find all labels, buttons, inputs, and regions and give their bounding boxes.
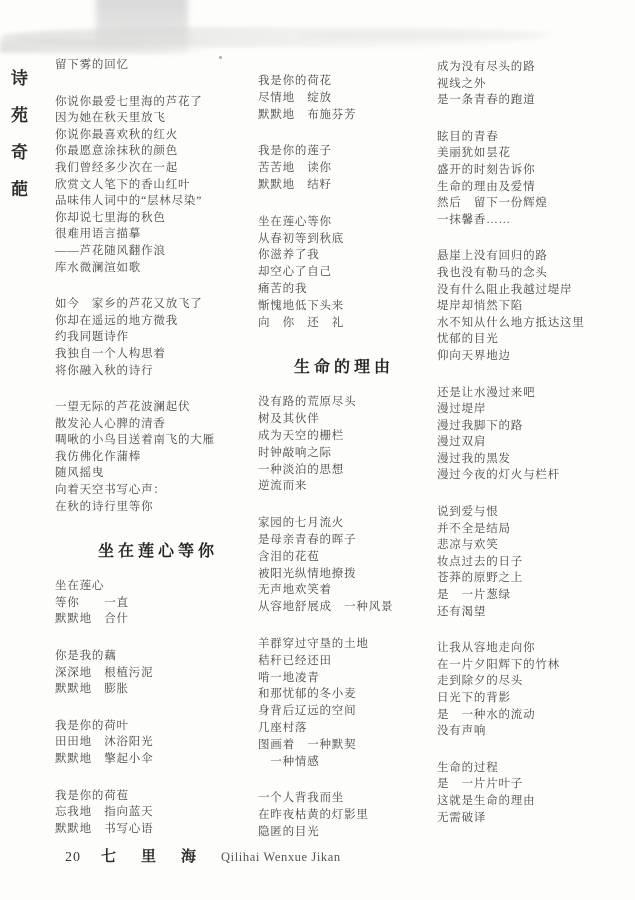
poem-line: 坐在莲心 xyxy=(55,577,261,594)
poem-line: 默默地 结籽 xyxy=(258,176,430,193)
poem-line: 欣赏文人笔下的香山红叶 xyxy=(55,176,261,193)
poem-line: 一抹馨香…… xyxy=(437,211,635,228)
poem-line: 和那忧郁的冬小麦 xyxy=(258,685,430,702)
poem-line: 漫过今夜的灯火与栏杆 xyxy=(437,466,635,483)
poem-line: 在秋的诗行里等你 xyxy=(55,498,261,515)
poem-line: 时钟敲响之际 xyxy=(258,444,430,461)
poem-line: 漫过双肩 xyxy=(437,433,635,450)
poem-line: 苍莽的原野之上 xyxy=(437,569,635,586)
poem-line: 啃一地凌青 xyxy=(258,669,430,686)
horizon-smudge xyxy=(300,30,550,40)
poem-line: 在一片夕阳辉下的竹林 xyxy=(437,656,635,673)
poem-line: 没有路的荒原尽头 xyxy=(258,393,430,410)
section-label-vertical: 诗 苑 奇 葩 xyxy=(11,70,28,199)
poem-line: 一望无际的芦花波澜起伏 xyxy=(55,398,261,415)
poem-line: 让我从容地走向你 xyxy=(437,639,635,656)
poem-line: 默默地 合什 xyxy=(55,610,261,627)
poem-line: 你说你最爱七里海的芦花了 xyxy=(55,93,261,110)
journal-name-chinese: 七里海 xyxy=(101,845,221,866)
poem-line: 生命的过程 xyxy=(437,759,635,776)
poem-line: 妆点过去的日子 xyxy=(437,553,635,570)
stanza-gap xyxy=(437,483,635,503)
poem-line: 等你 一直 xyxy=(55,594,261,611)
poem-line: 尽情地 绽放 xyxy=(258,89,430,106)
poem-title: 生命的理由 xyxy=(258,354,430,377)
poem-line: 你是我的藕 xyxy=(55,647,261,664)
poem-line: 从容地舒展成 一种风景 xyxy=(258,598,430,615)
section-label-char: 奇 xyxy=(11,144,28,162)
stanza-gap xyxy=(55,697,261,717)
poem-line: 成为天空的栅栏 xyxy=(258,427,430,444)
poem-line: 深深地 根植污泥 xyxy=(55,664,261,681)
poem-line: 是 一片葱绿 xyxy=(437,586,635,603)
stanza-gap xyxy=(258,494,430,514)
poem-line: 从春初等到秋底 xyxy=(258,230,430,247)
poem-line: 我独自一个人构思着 xyxy=(55,345,261,362)
poem-line: 几座村落 xyxy=(258,719,430,736)
poem-line: 羊群穿过守垦的土地 xyxy=(258,635,430,652)
poem-line: ——芦花随风翻作浪 xyxy=(55,242,261,259)
poem-line: 库水微澜渲如歌 xyxy=(55,259,261,276)
poem-line: 没有声响 xyxy=(437,722,635,739)
stanza-gap xyxy=(55,767,261,787)
poem-line: 如今 家乡的芦花又放飞了 xyxy=(55,295,261,312)
journal-name-pinyin: Qilihai Wenxue Jikan xyxy=(221,850,341,865)
section-label-char: 诗 xyxy=(11,70,28,88)
poem-line: 漫过堤岸 xyxy=(437,400,635,417)
poem-line: 惭愧地低下头来 xyxy=(258,297,430,314)
poem-column-2: 我是你的荷花尽情地 绽放默默地 布施芬芳我是你的莲子苦苦地 读你默默地 结籽坐在… xyxy=(258,72,430,840)
poem-line: 水不知从什么地方抵达这里 xyxy=(437,314,635,331)
poem-line: 默默地 布施芬芳 xyxy=(258,106,430,123)
poem-line: 我是你的荷叶 xyxy=(55,717,261,734)
header-photo xyxy=(0,0,565,60)
stanza-gap xyxy=(258,122,430,142)
poem-line: 生命的理由及爱情 xyxy=(437,178,635,195)
section-label-char: 苑 xyxy=(11,107,28,125)
poem-line: 没有什么阻止我越过堤岸 xyxy=(437,281,635,298)
poem-line: 是母亲青春的晖子 xyxy=(258,531,430,548)
poem-line: 随风摇曳 xyxy=(55,464,261,481)
stanza-gap xyxy=(55,275,261,295)
poem-line: 成为没有尽头的路 xyxy=(437,58,635,75)
poem-line: 一种情感 xyxy=(258,753,430,770)
poem-line: 田田地 沐浴阳光 xyxy=(55,733,261,750)
poem-line: 坐在莲心等你 xyxy=(258,213,430,230)
poem-line: 你滋养了我 xyxy=(258,246,430,263)
poem-line: 无需破译 xyxy=(437,809,635,826)
poem-title: 坐在莲心等你 xyxy=(55,538,261,561)
stanza-gap xyxy=(55,378,261,398)
poem-line: 将你融入秋的诗行 xyxy=(55,362,261,379)
poem-line: 家园的七月流火 xyxy=(258,514,430,531)
stanza-gap xyxy=(55,514,261,534)
poem-line: 约我同题诗作 xyxy=(55,328,261,345)
poem-line: 无声地欢笑着 xyxy=(258,581,430,598)
poem-line: 你却说七里海的秋色 xyxy=(55,209,261,226)
poem-line: 在昨夜枯黄的灯影里 xyxy=(258,806,430,823)
poem-line: 隐匿的目光 xyxy=(258,823,430,840)
stanza-gap xyxy=(55,73,261,93)
poem-line: 悲凉与欢笑 xyxy=(437,536,635,553)
poem-line: 身背后辽远的空间 xyxy=(258,702,430,719)
poem-line: 日光下的背影 xyxy=(437,689,635,706)
poem-line: 漫过我的黑发 xyxy=(437,450,635,467)
poem-column-3: 成为没有尽头的路视线之外是一条青春的跑道眩目的青春美丽犹如昙花盛开的时刻告诉你生… xyxy=(437,58,635,825)
poem-line: 我仿佛化作蒲棒 xyxy=(55,448,261,465)
poem-line: 树及其伙伴 xyxy=(258,410,430,427)
poem-line: 默默地 书写心语 xyxy=(55,820,261,837)
poem-line: 却空心了自己 xyxy=(258,263,430,280)
page-footer: 20 七里海 Qilihai Wenxue Jikan xyxy=(65,845,341,866)
stanza-gap xyxy=(258,769,430,789)
poem-line: 我也没有勒马的念头 xyxy=(437,264,635,281)
poem-line: 很难用语言描摹 xyxy=(55,225,261,242)
poem-line: 你最愿意涂抹秋的颜色 xyxy=(55,142,261,159)
poem-line: 图画着 一种默契 xyxy=(258,736,430,753)
stanza-gap xyxy=(437,619,635,639)
poem-line: 因为她在秋天里放飞 xyxy=(55,109,261,126)
poem-line: 忘我地 指向蓝天 xyxy=(55,803,261,820)
poem-line: 是一条青春的跑道 xyxy=(437,91,635,108)
stanza-gap xyxy=(437,227,635,247)
poem-line: 含泪的花苞 xyxy=(258,548,430,565)
poem-line: 留下雾的回忆 xyxy=(55,56,261,73)
poem-line: 默默地 擎起小伞 xyxy=(55,750,261,767)
stanza-gap xyxy=(437,739,635,759)
poem-line: 并不全是结局 xyxy=(437,520,635,537)
section-label-char: 葩 xyxy=(11,181,28,199)
poem-line: 秸秆已经还田 xyxy=(258,652,430,669)
stanza-gap xyxy=(258,615,430,635)
poem-line: 你却在遥远的地方微我 xyxy=(55,312,261,329)
poem-line: 痛苦的我 xyxy=(258,280,430,297)
poem-line: 逆流而来 xyxy=(258,477,430,494)
poem-line: 漫过我脚下的路 xyxy=(437,417,635,434)
poem-line: 我是你的荷苞 xyxy=(55,787,261,804)
stanza-gap xyxy=(437,364,635,384)
stanza-gap xyxy=(55,627,261,647)
poem-line: 盛开的时刻告诉你 xyxy=(437,161,635,178)
poem-line: 眩目的青春 xyxy=(437,128,635,145)
poem-line: 然后 留下一份辉煌 xyxy=(437,194,635,211)
page-number: 20 xyxy=(65,850,81,866)
poem-line: 向 你 还 礼 xyxy=(258,314,430,331)
poem-line: 一个人背我而坐 xyxy=(258,789,430,806)
poem-line: 默默地 膨胀 xyxy=(55,680,261,697)
stanza-gap xyxy=(437,108,635,128)
poem-line: 散发沁人心脾的清香 xyxy=(55,415,261,432)
poem-column-1: 留下雾的回忆你说你最爱七里海的芦花了因为她在秋天里放飞你说你最喜欢秋的红火你最愿… xyxy=(55,56,261,836)
poem-line: 向着天空书写心声： xyxy=(55,481,261,498)
poem-line: 是 一种水的流动 xyxy=(437,706,635,723)
stanza-gap xyxy=(258,193,430,213)
poem-line: 还有渴望 xyxy=(437,603,635,620)
poem-line: 一种淡泊的思想 xyxy=(258,461,430,478)
poem-line: 视线之外 xyxy=(437,75,635,92)
poem-line: 仰向天界地边 xyxy=(437,347,635,364)
poem-line: 这就是生命的理由 xyxy=(437,792,635,809)
poem-line: 你说你最喜欢秋的红火 xyxy=(55,126,261,143)
poem-line: 悬崖上没有回归的路 xyxy=(437,247,635,264)
poem-line: 是 一片片叶子 xyxy=(437,775,635,792)
poem-line: 我是你的荷花 xyxy=(258,72,430,89)
poem-line: 美丽犹如昙花 xyxy=(437,144,635,161)
poem-line: 我是你的莲子 xyxy=(258,142,430,159)
tower-image xyxy=(96,0,188,52)
poem-line: 还是让水漫过来吧 xyxy=(437,384,635,401)
poem-line: 说到爱与恨 xyxy=(437,503,635,520)
poem-line: 忧郁的目光 xyxy=(437,330,635,347)
poem-line: 苦苦地 读你 xyxy=(258,159,430,176)
poem-line: 我们曾经多少次在一起 xyxy=(55,159,261,176)
stanza-gap xyxy=(258,330,430,350)
poem-line: 被阳光纵情地撩拨 xyxy=(258,565,430,582)
poem-line: 啁啾的小鸟目送着南飞的大雁 xyxy=(55,431,261,448)
poem-line: 堤岸却悄然下陷 xyxy=(437,297,635,314)
magazine-page: 诗 苑 奇 葩 留下雾的回忆你说你最爱七里海的芦花了因为她在秋天里放飞你说你最喜… xyxy=(0,0,635,900)
poem-line: 走到除夕的尽头 xyxy=(437,672,635,689)
poem-line: 品味伟人词中的“层林尽染” xyxy=(55,192,261,209)
